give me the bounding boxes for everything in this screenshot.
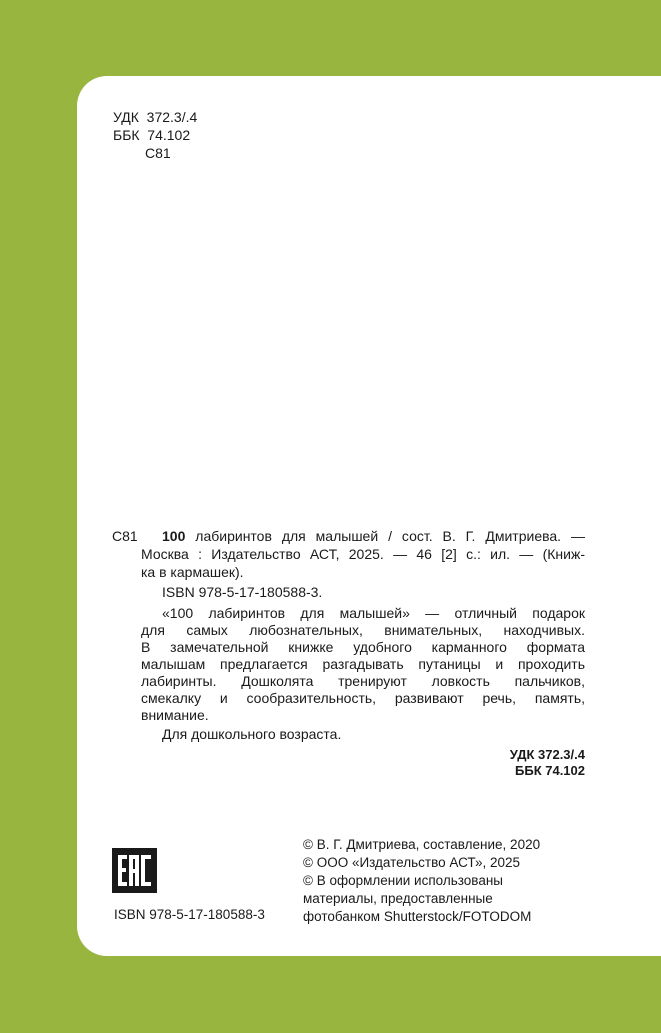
annotation-line: лабиринты. Дошколята тренируют ловкость …: [112, 673, 585, 690]
copyright-line: © ООО «Издательство АСТ», 2025: [303, 854, 540, 872]
biblio-line-1: С81 100 лабиринтов для малышей / сост. В…: [112, 527, 585, 545]
annotation: «100 лабиринтов для малышей» — отличный …: [112, 605, 585, 743]
annotation-line: малышам предлагается разгадывать путаниц…: [112, 656, 585, 673]
annotation-line: внимание.: [112, 707, 585, 724]
udk-bold: УДК 372.3/.4: [112, 747, 585, 763]
annotation-line: «100 лабиринтов для малышей» — отличный …: [112, 605, 585, 622]
copyright-line: © В оформлении использованы: [303, 872, 540, 890]
top-classification-codes: УДК 372.3/.4 ББК 74.102 С81: [113, 108, 197, 162]
title-bold: 100: [162, 528, 185, 544]
biblio-line-2: Москва : Издательство АСТ, 2025. — 46 [2…: [112, 545, 585, 563]
eac-mark-icon: [112, 848, 157, 893]
annotation-line: для самых любознательных, внимательных, …: [112, 622, 585, 639]
copyright-block: © В. Г. Дмитриева, составление, 2020 © О…: [303, 836, 540, 926]
classification-block: УДК 372.3/.4 ББК 74.102: [112, 747, 585, 779]
bbk-bold: ББК 74.102: [112, 763, 585, 779]
annotation-line: В замечательной книжке удобного карманно…: [112, 639, 585, 656]
copyright-line: материалы, предоставленные: [303, 890, 540, 908]
biblio-isbn: ISBN 978-5-17-180588-3.: [112, 583, 585, 601]
bibliographic-record: С81 100 лабиринтов для малышей / сост. В…: [112, 527, 585, 779]
copyright-line: © В. Г. Дмитриева, составление, 2020: [303, 836, 540, 854]
annotation-line: смекалку и сообразительность, развивают …: [112, 690, 585, 707]
isbn-bottom: ISBN 978-5-17-180588-3: [114, 907, 265, 922]
udk-code: УДК 372.3/.4: [113, 108, 197, 126]
biblio-line-3: ка в кармашек).: [112, 563, 585, 581]
biblio-author-sign: С81: [112, 527, 138, 545]
bbk-code: ББК 74.102: [113, 126, 197, 144]
imprint-page: УДК 372.3/.4 ББК 74.102 С81 С81 100 лаби…: [77, 76, 661, 956]
title-rest: лабиринтов для малышей / сост. В. Г. Дми…: [185, 528, 585, 544]
audience-note: Для дошкольного возраста.: [112, 726, 585, 743]
copyright-line: фотобанком Shutterstock/FOTODOM: [303, 908, 540, 926]
author-sign: С81: [113, 144, 197, 162]
